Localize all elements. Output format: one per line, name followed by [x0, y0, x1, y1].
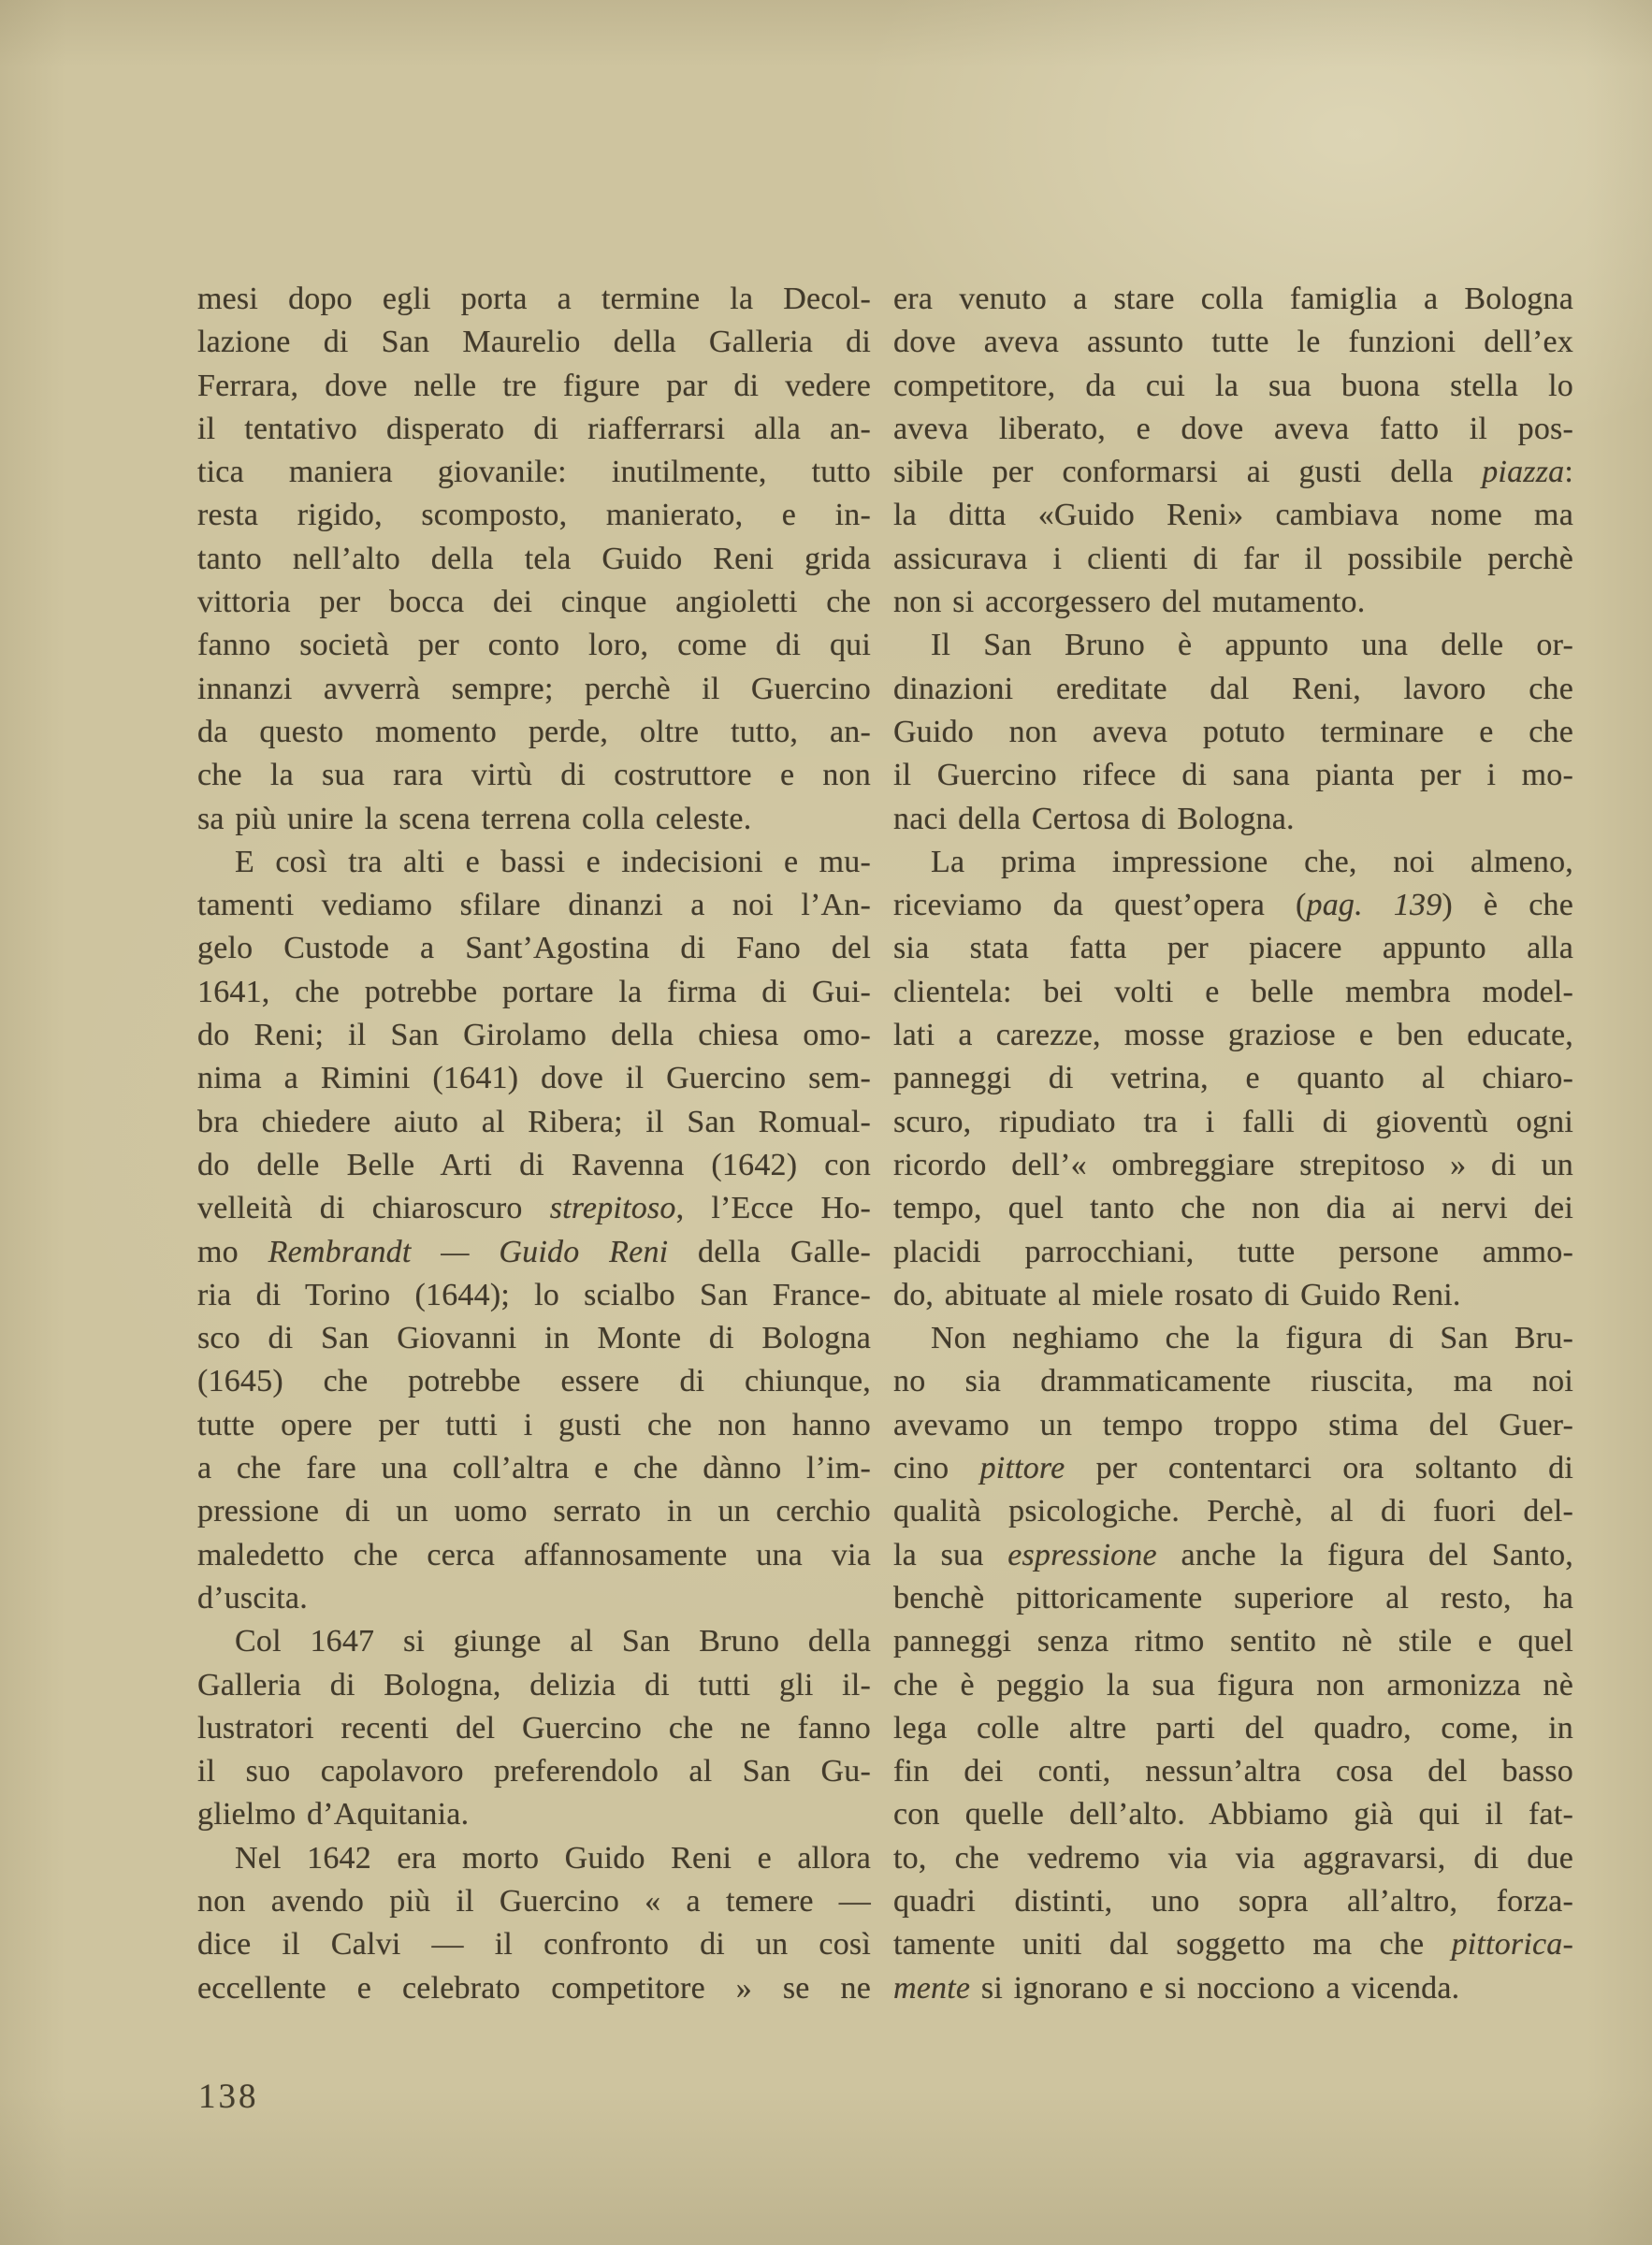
- text-line: tamenti vediamo sfilare dinanzi a noi l’…: [197, 884, 871, 927]
- text-line: Galleria di Bologna, delizia di tutti gl…: [197, 1664, 871, 1707]
- text-line: glielmo d’Aquitania.: [197, 1793, 871, 1836]
- text-line: cino pittore per contentarci ora soltant…: [893, 1447, 1573, 1490]
- text-line: sibile per conformarsi ai gusti della pi…: [893, 451, 1573, 494]
- text-line: ricordo dell’« ombreggiare strepitoso » …: [893, 1144, 1573, 1187]
- text-line: tutte opere per tutti i gusti che non ha…: [197, 1404, 871, 1447]
- text-line: tempo, quel tanto che non dia ai nervi d…: [893, 1187, 1573, 1230]
- text-line: benchè pittoricamente superiore al resto…: [893, 1577, 1573, 1620]
- text-line: non avendo più il Guercino « a temere —: [197, 1880, 871, 1923]
- text-line: nima a Rimini (1641) dove il Guercino se…: [197, 1057, 871, 1100]
- text-line: la ditta «Guido Reni» cambiava nome ma: [893, 494, 1573, 537]
- text-line: naci della Certosa di Bologna.: [893, 798, 1573, 841]
- text-line: il suo capolavoro preferendolo al San Gu…: [197, 1750, 871, 1793]
- text-line: mo Rembrandt — Guido Reni della Galle-: [197, 1231, 871, 1274]
- text-line: era venuto a stare colla famiglia a Bolo…: [893, 278, 1573, 321]
- text-line: innanzi avverrà sempre; perchè il Guerci…: [197, 668, 871, 711]
- text-line: a che fare una coll’altra e che dànno l’…: [197, 1447, 871, 1490]
- page-number: 138: [198, 2077, 259, 2117]
- text-line: Nel 1642 era morto Guido Reni e allora: [197, 1837, 871, 1880]
- text-line: con quelle dell’alto. Abbiamo già qui il…: [893, 1793, 1573, 1836]
- text-line: no sia drammaticamente riuscita, ma noi: [893, 1360, 1573, 1403]
- text-line: fanno società per conto loro, come di qu…: [197, 624, 871, 667]
- text-line: clientela: bei volti e belle membra mode…: [893, 971, 1573, 1014]
- text-line: la sua espressione anche la figura del S…: [893, 1534, 1573, 1577]
- text-line: lati a carezze, mosse graziose e ben edu…: [893, 1014, 1573, 1057]
- text-line: non si accorgessero del mutamento.: [893, 581, 1573, 624]
- text-line: lustratori recenti del Guercino che ne f…: [197, 1707, 871, 1750]
- text-line: che la sua rara virtù di costruttore e n…: [197, 754, 871, 797]
- text-line: lega colle altre parti del quadro, come,…: [893, 1707, 1573, 1750]
- text-line: mesi dopo egli porta a termine la Decol-: [197, 278, 871, 321]
- text-line: eccellente e celebrato competitore » se …: [197, 1967, 871, 2010]
- text-line: da questo momento perde, oltre tutto, an…: [197, 711, 871, 754]
- text-line: sco di San Giovanni in Monte di Bologna: [197, 1317, 871, 1360]
- text-line: qualità psicologiche. Perchè, al di fuor…: [893, 1490, 1573, 1533]
- text-line: competitore, da cui la sua buona stella …: [893, 365, 1573, 408]
- text-line: gelo Custode a Sant’Agostina di Fano del: [197, 927, 871, 970]
- text-line: (1645) che potrebbe essere di chiunque,: [197, 1360, 871, 1403]
- text-line: d’uscita.: [197, 1577, 871, 1620]
- text-line: Non neghiamo che la figura di San Bru-: [893, 1317, 1573, 1360]
- text-line: panneggi di vetrina, e quanto al chiaro-: [893, 1057, 1573, 1100]
- text-line: Ferrara, dove nelle tre figure par di ve…: [197, 365, 871, 408]
- text-line: do Reni; il San Girolamo della chiesa om…: [197, 1014, 871, 1057]
- text-line: ria di Torino (1644); lo scialbo San Fra…: [197, 1274, 871, 1317]
- text-line: Col 1647 si giunge al San Bruno della: [197, 1620, 871, 1663]
- text-line: Guido non aveva potuto terminare e che: [893, 711, 1573, 754]
- text-line: dinazioni ereditate dal Reni, lavoro che: [893, 668, 1573, 711]
- book-page: mesi dopo egli porta a termine la Decol-…: [0, 0, 1652, 2245]
- text-line: lazione di San Maurelio della Galleria d…: [197, 321, 871, 364]
- text-line: dice il Calvi — il confronto di un così: [197, 1923, 871, 1966]
- text-line: E così tra alti e bassi e indecisioni e …: [197, 841, 871, 884]
- text-line: tamente uniti dal soggetto ma che pittor…: [893, 1923, 1573, 1966]
- text-line: vittoria per bocca dei cinque angioletti…: [197, 581, 871, 624]
- text-line: quadri distinti, uno sopra all’altro, fo…: [893, 1880, 1573, 1923]
- text-column-right: era venuto a stare colla famiglia a Bolo…: [893, 278, 1573, 2010]
- text-line: do, abituate al miele rosato di Guido Re…: [893, 1274, 1573, 1317]
- text-line: 1641, che potrebbe portare la firma di G…: [197, 971, 871, 1014]
- text-line: fin dei conti, nessun’altra cosa del bas…: [893, 1750, 1573, 1793]
- text-line: sa più unire la scena terrena colla cele…: [197, 798, 871, 841]
- text-line: Il San Bruno è appunto una delle or-: [893, 624, 1573, 667]
- text-line: bra chiedere aiuto al Ribera; il San Rom…: [197, 1101, 871, 1144]
- text-line: La prima impressione che, noi almeno,: [893, 841, 1573, 884]
- text-column-left: mesi dopo egli porta a termine la Decol-…: [197, 278, 871, 2010]
- text-line: sia stata fatta per piacere appunto alla: [893, 927, 1573, 970]
- text-line: avevamo un tempo troppo stima del Guer-: [893, 1404, 1573, 1447]
- text-line: tica maniera giovanile: inutilmente, tut…: [197, 451, 871, 494]
- text-line: do delle Belle Arti di Ravenna (1642) co…: [197, 1144, 871, 1187]
- text-line: dove aveva assunto tutte le funzioni del…: [893, 321, 1573, 364]
- text-line: aveva liberato, e dove aveva fatto il po…: [893, 408, 1573, 451]
- text-line: riceviamo da quest’opera (pag. 139) è ch…: [893, 884, 1573, 927]
- text-line: il Guercino rifece di sana pianta per i …: [893, 754, 1573, 797]
- text-line: resta rigido, scomposto, manierato, e in…: [197, 494, 871, 537]
- text-line: placidi parrocchiani, tutte persone ammo…: [893, 1231, 1573, 1274]
- text-line: scuro, ripudiato tra i falli di gioventù…: [893, 1101, 1573, 1144]
- text-line: panneggi senza ritmo sentito nè stile e …: [893, 1620, 1573, 1663]
- text-line: to, che vedremo via via aggravarsi, di d…: [893, 1837, 1573, 1880]
- text-line: che è peggio la sua figura non armonizza…: [893, 1664, 1573, 1707]
- text-line: velleità di chiaroscuro strepitoso, l’Ec…: [197, 1187, 871, 1230]
- text-line: maledetto che cerca affannosamente una v…: [197, 1534, 871, 1577]
- text-line: mente si ignorano e si nocciono a vicend…: [893, 1967, 1573, 2010]
- text-line: tanto nell’alto della tela Guido Reni gr…: [197, 538, 871, 581]
- text-line: pressione di un uomo serrato in un cerch…: [197, 1490, 871, 1533]
- text-line: assicurava i clienti di far il possibile…: [893, 538, 1573, 581]
- text-line: il tentativo disperato di riafferrarsi a…: [197, 408, 871, 451]
